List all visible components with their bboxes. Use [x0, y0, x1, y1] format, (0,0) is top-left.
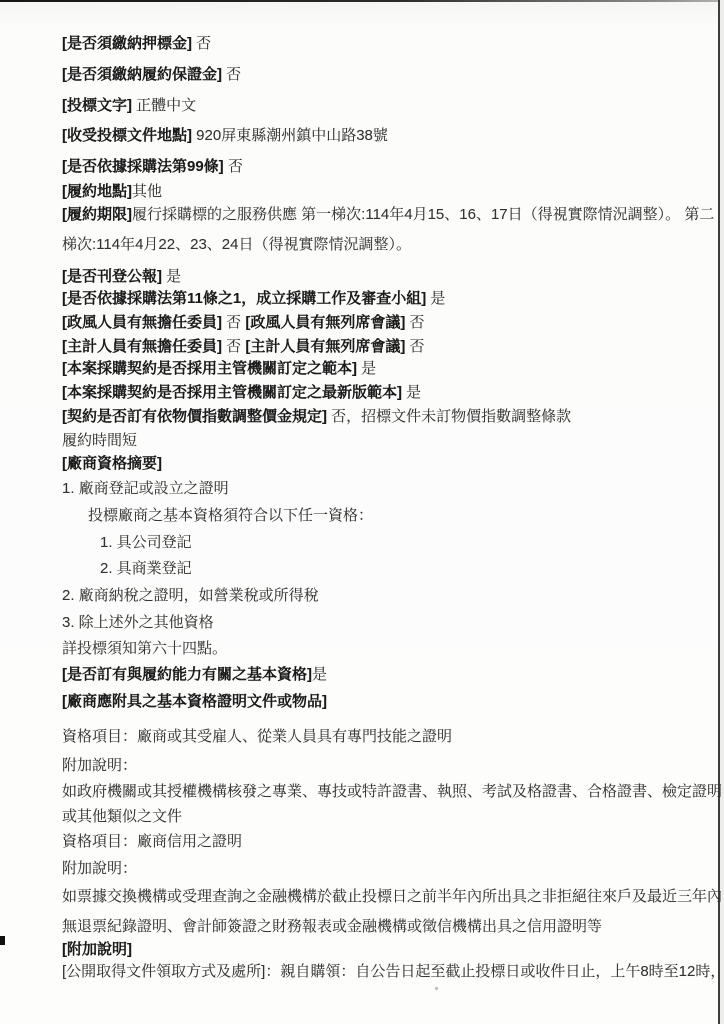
field-value: 附加說明：	[62, 860, 137, 877]
field-value: 是	[402, 384, 421, 401]
doc-line-additional-note-1-line2: 或其他類似之文件	[62, 806, 712, 827]
field-value: 如票據交換機構或受理查詢之金融機構於截止投標日之前半年內所出具之非拒絕往來戶及最…	[62, 888, 722, 905]
field-label: [主計人員有無擔任委員]	[62, 338, 222, 355]
doc-line-accounting-officer: [主計人員有無擔任委員] 否 [主計人員有無列席會議] 否	[62, 336, 712, 357]
doc-line-contract-template-used: [本案採購契約是否採用主管機關訂定之範本] 是	[62, 358, 712, 379]
doc-line-performance-bond-required: [是否須繳納履約保證金] 否	[62, 64, 712, 85]
doc-line-required-proof-documents-header: [廠商應附具之基本資格證明文件或物品]	[62, 691, 712, 712]
field-label: [投標文字]	[62, 97, 132, 114]
doc-line-performance-period-line1: [履約期限]履行採購標的之服務供應 第一梯次:114年4月15、16、17日（得…	[62, 204, 712, 225]
doc-line-short-performance-period: 履約時間短	[62, 430, 712, 451]
doc-line-contract-latest-template: [本案採購契約是否採用主管機關訂定之最新版範本] 是	[62, 382, 712, 403]
field-label: [履約地點]	[62, 183, 132, 200]
field-value: 2. 具商業登記	[100, 560, 192, 577]
field-label: [是否刊登公報]	[62, 268, 162, 285]
doc-line-document-pickup-method: [公開取得文件領取方式及處所]：親自購領：自公告日起至截止投標日或收件日止，上午…	[62, 961, 712, 982]
doc-line-capability-basic-qualification: [是否訂有與履約能力有關之基本資格]是	[62, 664, 712, 685]
field-label: [附加說明]	[62, 941, 132, 958]
doc-line-procurement-act-99: [是否依據採購法第99條] 否	[62, 156, 712, 177]
field-label: [是否依據採購法第11條之1，成立採購工作及審查小組]	[62, 290, 426, 307]
field-value: 資格項目：廠商信用之證明	[62, 833, 242, 850]
field-value: 否	[192, 35, 211, 52]
field-value: 無退票紀錄證明、會計師簽證之財務報表或金融機構或徵信機構出具之信用證明等	[62, 918, 602, 935]
doc-line-vendor-qualification-summary-header: [廠商資格摘要]	[62, 453, 712, 474]
doc-line-qualification-item-1: 1. 廠商登記或設立之證明	[62, 478, 712, 499]
field-value: [公開取得文件領取方式及處所]：親自購領：自公告日起至截止投標日或收件日止，上午…	[62, 963, 724, 980]
field-label: [是否訂有與履約能力有關之基本資格]	[62, 666, 312, 683]
field-value: 是	[312, 666, 327, 683]
field-value: 3. 除上述外之其他資格	[62, 614, 214, 631]
doc-line-performance-period-line2: 梯次:114年4月22、23、24日（得視實際情況調整）。	[62, 234, 712, 255]
doc-line-qualification-sub-1: 1. 具公司登記	[62, 532, 712, 553]
doc-line-gazette-published: [是否刊登公報] 是	[62, 266, 712, 287]
field-value: 否	[222, 66, 241, 83]
field-value: 或其他類似之文件	[62, 808, 182, 825]
doc-line-additional-note-2-label: 附加說明：	[62, 858, 712, 879]
field-value: 梯次:114年4月22、23、24日（得視實際情況調整）。	[62, 236, 411, 253]
field-label: [政風人員有無列席會議]	[245, 314, 405, 331]
doc-line-qualification-credit-proof: 資格項目：廠商信用之證明	[62, 831, 712, 852]
doc-line-tender-language: [投標文字] 正體中文	[62, 95, 712, 116]
field-value: 是	[426, 290, 445, 307]
document-text-block: [是否須繳納押標金] 否[是否須繳納履約保證金] 否[投標文字] 正體中文[收受…	[62, 2, 712, 982]
doc-line-ethics-officer: [政風人員有無擔任委員] 否 [政風人員有無列席會議] 否	[62, 312, 712, 333]
doc-line-procurement-act-11-1: [是否依據採購法第11條之1，成立採購工作及審查小組] 是	[62, 288, 712, 309]
field-label: [主計人員有無列席會議]	[245, 338, 405, 355]
field-value: 詳投標須知第六十四點。	[62, 640, 227, 657]
scan-right-margin	[720, 0, 724, 1024]
field-label: [是否須繳納押標金]	[62, 35, 192, 52]
field-label: [契約是否訂有依物價指數調整價金規定]	[62, 408, 327, 425]
field-value: 附加說明：	[62, 757, 137, 774]
field-label: [履約期限]	[62, 206, 132, 223]
field-value: 正體中文	[132, 97, 196, 114]
doc-line-see-tender-instructions: 詳投標須知第六十四點。	[62, 638, 712, 659]
field-value: 是	[357, 360, 376, 377]
field-value: 否	[405, 338, 424, 355]
doc-line-price-index-adjustment: [契約是否訂有依物價指數調整價金規定] 否，招標文件未訂物價指數調整條款	[62, 406, 712, 427]
doc-line-qualification-item-3: 3. 除上述外之其他資格	[62, 612, 712, 633]
field-value: 否，招標文件未訂物價指數調整條款	[327, 408, 571, 425]
doc-line-additional-note-2-line1: 如票據交換機構或受理查詢之金融機構於截止投標日之前半年內所出具之非拒絕往來戶及最…	[62, 886, 712, 907]
doc-line-additional-note-2-line2: 無退票紀錄證明、會計師簽證之財務報表或金融機構或徵信機構出具之信用證明等	[62, 916, 712, 937]
field-value: 履行採購標的之服務供應 第一梯次:114年4月15、16、17日（得視實際情況調…	[132, 206, 714, 223]
field-value: 如政府機關或其授權機構核發之專業、專技或特許證書、執照、考試及格證書、合格證書、…	[62, 783, 722, 800]
field-value: 其他	[132, 183, 162, 200]
field-label: [廠商應附具之基本資格證明文件或物品]	[62, 693, 327, 710]
field-label: [廠商資格摘要]	[62, 455, 162, 472]
field-value: 否	[222, 314, 245, 331]
field-value: 1. 具公司登記	[100, 534, 192, 551]
field-label: [是否須繳納履約保證金]	[62, 66, 222, 83]
doc-line-additional-note-1-line1: 如政府機關或其授權機構核發之專業、專技或特許證書、執照、考試及格證書、合格證書、…	[62, 781, 712, 802]
field-label: [是否依據採購法第99條]	[62, 158, 224, 175]
field-value: 履約時間短	[62, 432, 137, 449]
doc-line-deposit-bond-required: [是否須繳納押標金] 否	[62, 33, 712, 54]
doc-line-qualification-item-1-note: 投標廠商之基本資格須符合以下任一資格：	[62, 505, 712, 526]
field-value: 2. 廠商納稅之證明，如營業稅或所得稅	[62, 587, 319, 604]
field-label: [本案採購契約是否採用主管機關訂定之最新版範本]	[62, 384, 402, 401]
doc-line-performance-location: [履約地點]其他	[62, 181, 712, 202]
field-label: [收受投標文件地點]	[62, 127, 192, 144]
field-value: 920屏東縣潮州鎮中山路38號	[192, 127, 388, 144]
field-value: 否	[405, 314, 424, 331]
doc-line-additional-note-1-label: 附加說明：	[62, 755, 712, 776]
field-value: 否	[224, 158, 243, 175]
scan-right-edge-line	[718, 0, 720, 1024]
scan-artifact-mark	[0, 936, 5, 945]
doc-line-appendix-note-header: [附加說明]	[62, 939, 712, 960]
field-value: 1. 廠商登記或設立之證明	[62, 480, 229, 497]
scanned-document-page: [是否須繳納押標金] 否[是否須繳納履約保證金] 否[投標文字] 正體中文[收受…	[0, 0, 724, 1024]
field-label: [政風人員有無擔任委員]	[62, 314, 222, 331]
field-label: [本案採購契約是否採用主管機關訂定之範本]	[62, 360, 357, 377]
doc-line-tender-document-address: [收受投標文件地點] 920屏東縣潮州鎮中山路38號	[62, 125, 712, 146]
field-value: 投標廠商之基本資格須符合以下任一資格：	[88, 507, 373, 524]
field-value: 資格項目：廠商或其受雇人、從業人員具有專門技能之證明	[62, 728, 452, 745]
field-value: 否	[222, 338, 245, 355]
doc-line-qualification-sub-2: 2. 具商業登記	[62, 558, 712, 579]
field-value: 是	[162, 268, 181, 285]
scan-speck	[435, 987, 438, 990]
doc-line-qualification-item-2: 2. 廠商納稅之證明，如營業稅或所得稅	[62, 585, 712, 606]
doc-line-qualification-skill-proof: 資格項目：廠商或其受雇人、從業人員具有專門技能之證明	[62, 726, 712, 747]
